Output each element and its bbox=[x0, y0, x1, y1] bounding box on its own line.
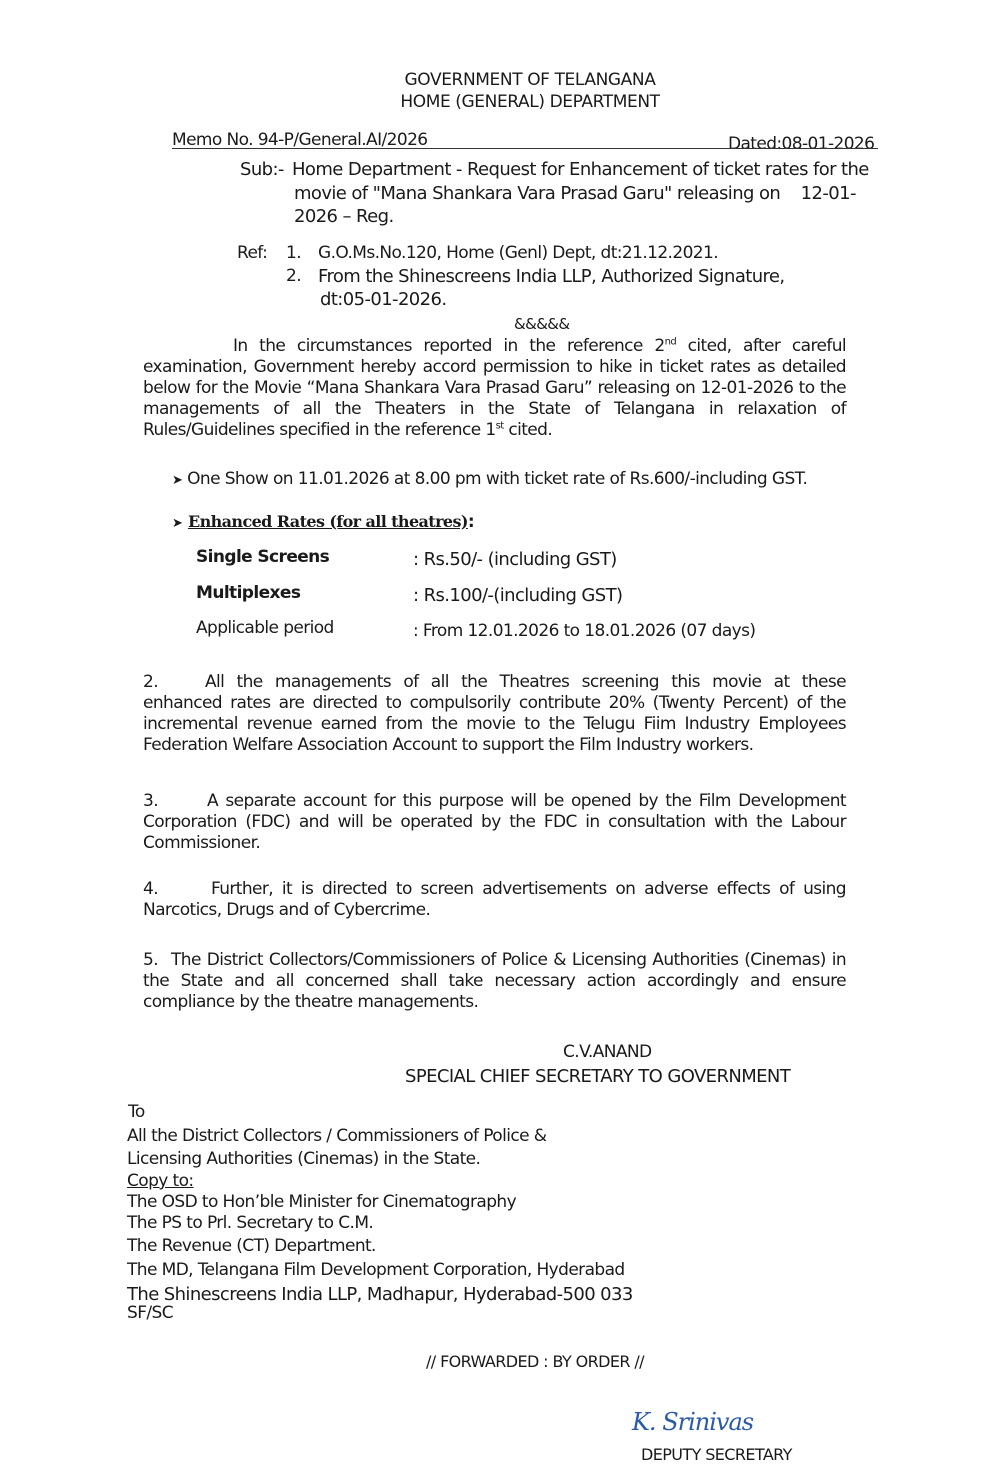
ref-label: Ref: bbox=[237, 243, 267, 263]
government-title: GOVERNMENT OF TELANGANA bbox=[330, 70, 730, 90]
intro-sup-2: st bbox=[496, 420, 504, 431]
paragraph-3: 3.A separate account for this purpose wi… bbox=[143, 791, 846, 854]
ref-2-date: dt:05-01-2026. bbox=[320, 289, 446, 310]
rate-label-single: Single Screens bbox=[196, 547, 329, 567]
signatory-title: SPECIAL CHIEF SECRETARY TO GOVERNMENT bbox=[405, 1066, 790, 1087]
intro-text-1: In the circumstances reported in the ref… bbox=[233, 336, 665, 356]
subject-line-1: Home Department - Request for Enhancemen… bbox=[292, 159, 869, 180]
copy-to-item: The Shinescreens India LLP, Madhapur, Hy… bbox=[127, 1284, 633, 1305]
paragraph-3-text: A separate account for this purpose will… bbox=[143, 791, 846, 853]
ref-2-num: 2. bbox=[286, 266, 301, 286]
deputy-title: DEPUTY SECRETARY bbox=[641, 1445, 792, 1464]
forwarded-note: // FORWARDED : BY ORDER // bbox=[426, 1352, 644, 1371]
copy-to-item: The Revenue (CT) Department. bbox=[127, 1236, 376, 1256]
bullet-enhanced: ➤ Enhanced Rates (for all theatres): bbox=[172, 512, 474, 532]
copy-to-item: The MD, Telangana Film Development Corpo… bbox=[127, 1260, 625, 1280]
rate-value-single: : Rs.50/- (including GST) bbox=[413, 549, 617, 570]
paragraph-2: 2.All the managements of all the Theatre… bbox=[143, 672, 846, 756]
enhanced-heading: Enhanced Rates (for all theatres) bbox=[188, 512, 468, 531]
bullet-show: ➤ One Show on 11.01.2026 at 8.00 pm with… bbox=[172, 469, 807, 489]
paragraph-5: 5.The District Collectors/Commissioners … bbox=[143, 950, 846, 1013]
paragraph-2-num: 2. bbox=[143, 672, 205, 693]
paragraph-4: 4.Further, it is directed to screen adve… bbox=[143, 879, 846, 921]
ref-1-text: G.O.Ms.No.120, Home (Genl) Dept, dt:21.1… bbox=[318, 243, 718, 263]
paragraph-4-text: Further, it is directed to screen advert… bbox=[143, 879, 846, 920]
ref-1-num: 1. bbox=[286, 243, 301, 263]
paragraph-5-num: 5. bbox=[143, 950, 171, 971]
subject-label: Sub:- bbox=[240, 159, 284, 180]
copy-to-item: The OSD to Hon’ble Minister for Cinemato… bbox=[127, 1192, 516, 1212]
to-line-1: All the District Collectors / Commission… bbox=[127, 1126, 546, 1146]
subject-line-3: 2026 – Reg. bbox=[294, 206, 394, 227]
paragraph-4-num: 4. bbox=[143, 879, 211, 900]
memo-date: Dated:08-01-2026 bbox=[728, 134, 874, 154]
memo-underline bbox=[172, 148, 878, 149]
to-label: To bbox=[128, 1102, 145, 1122]
paragraph-2-text: All the managements of all the Theatres … bbox=[143, 672, 846, 755]
memo-number: Memo No. 94-P/General.AI/2026 bbox=[172, 130, 428, 150]
arrow-bullet-icon: ➤ bbox=[172, 473, 182, 488]
deputy-signature: K. Srinivas bbox=[632, 1408, 753, 1436]
rate-value-period: : From 12.01.2026 to 18.01.2026 (07 days… bbox=[413, 621, 755, 641]
arrow-bullet-icon: ➤ bbox=[172, 516, 183, 531]
paragraph-3-num: 3. bbox=[143, 791, 207, 812]
intro-sup-1: nd bbox=[665, 336, 677, 347]
enhanced-colon: : bbox=[468, 512, 474, 532]
ref-2-text: From the Shinescreens India LLP, Authori… bbox=[318, 266, 785, 287]
signatory-name: C.V.ANAND bbox=[563, 1042, 652, 1062]
intro-text-3: cited. bbox=[504, 420, 553, 440]
show-text: One Show on 11.01.2026 at 8.00 pm with t… bbox=[187, 469, 807, 489]
to-line-2: Licensing Authorities (Cinemas) in the S… bbox=[127, 1149, 480, 1169]
subject-line-2: movie of "Mana Shankara Vara Prasad Garu… bbox=[294, 183, 856, 204]
separator: &&&&& bbox=[514, 315, 569, 333]
rate-label-period: Applicable period bbox=[196, 618, 334, 638]
copy-to-label: Copy to: bbox=[127, 1171, 194, 1191]
intro-paragraph: In the circumstances reported in the ref… bbox=[143, 336, 846, 441]
copy-to-item: The PS to Prl. Secretary to C.M. bbox=[127, 1213, 373, 1233]
rate-value-multiplex: : Rs.100/-(including GST) bbox=[413, 585, 622, 606]
copy-to-item: SF/SC bbox=[127, 1303, 173, 1323]
department-title: HOME (GENERAL) DEPARTMENT bbox=[330, 92, 730, 112]
paragraph-5-text: The District Collectors/Commissioners of… bbox=[143, 950, 846, 1012]
rate-label-multiplex: Multiplexes bbox=[196, 583, 300, 603]
